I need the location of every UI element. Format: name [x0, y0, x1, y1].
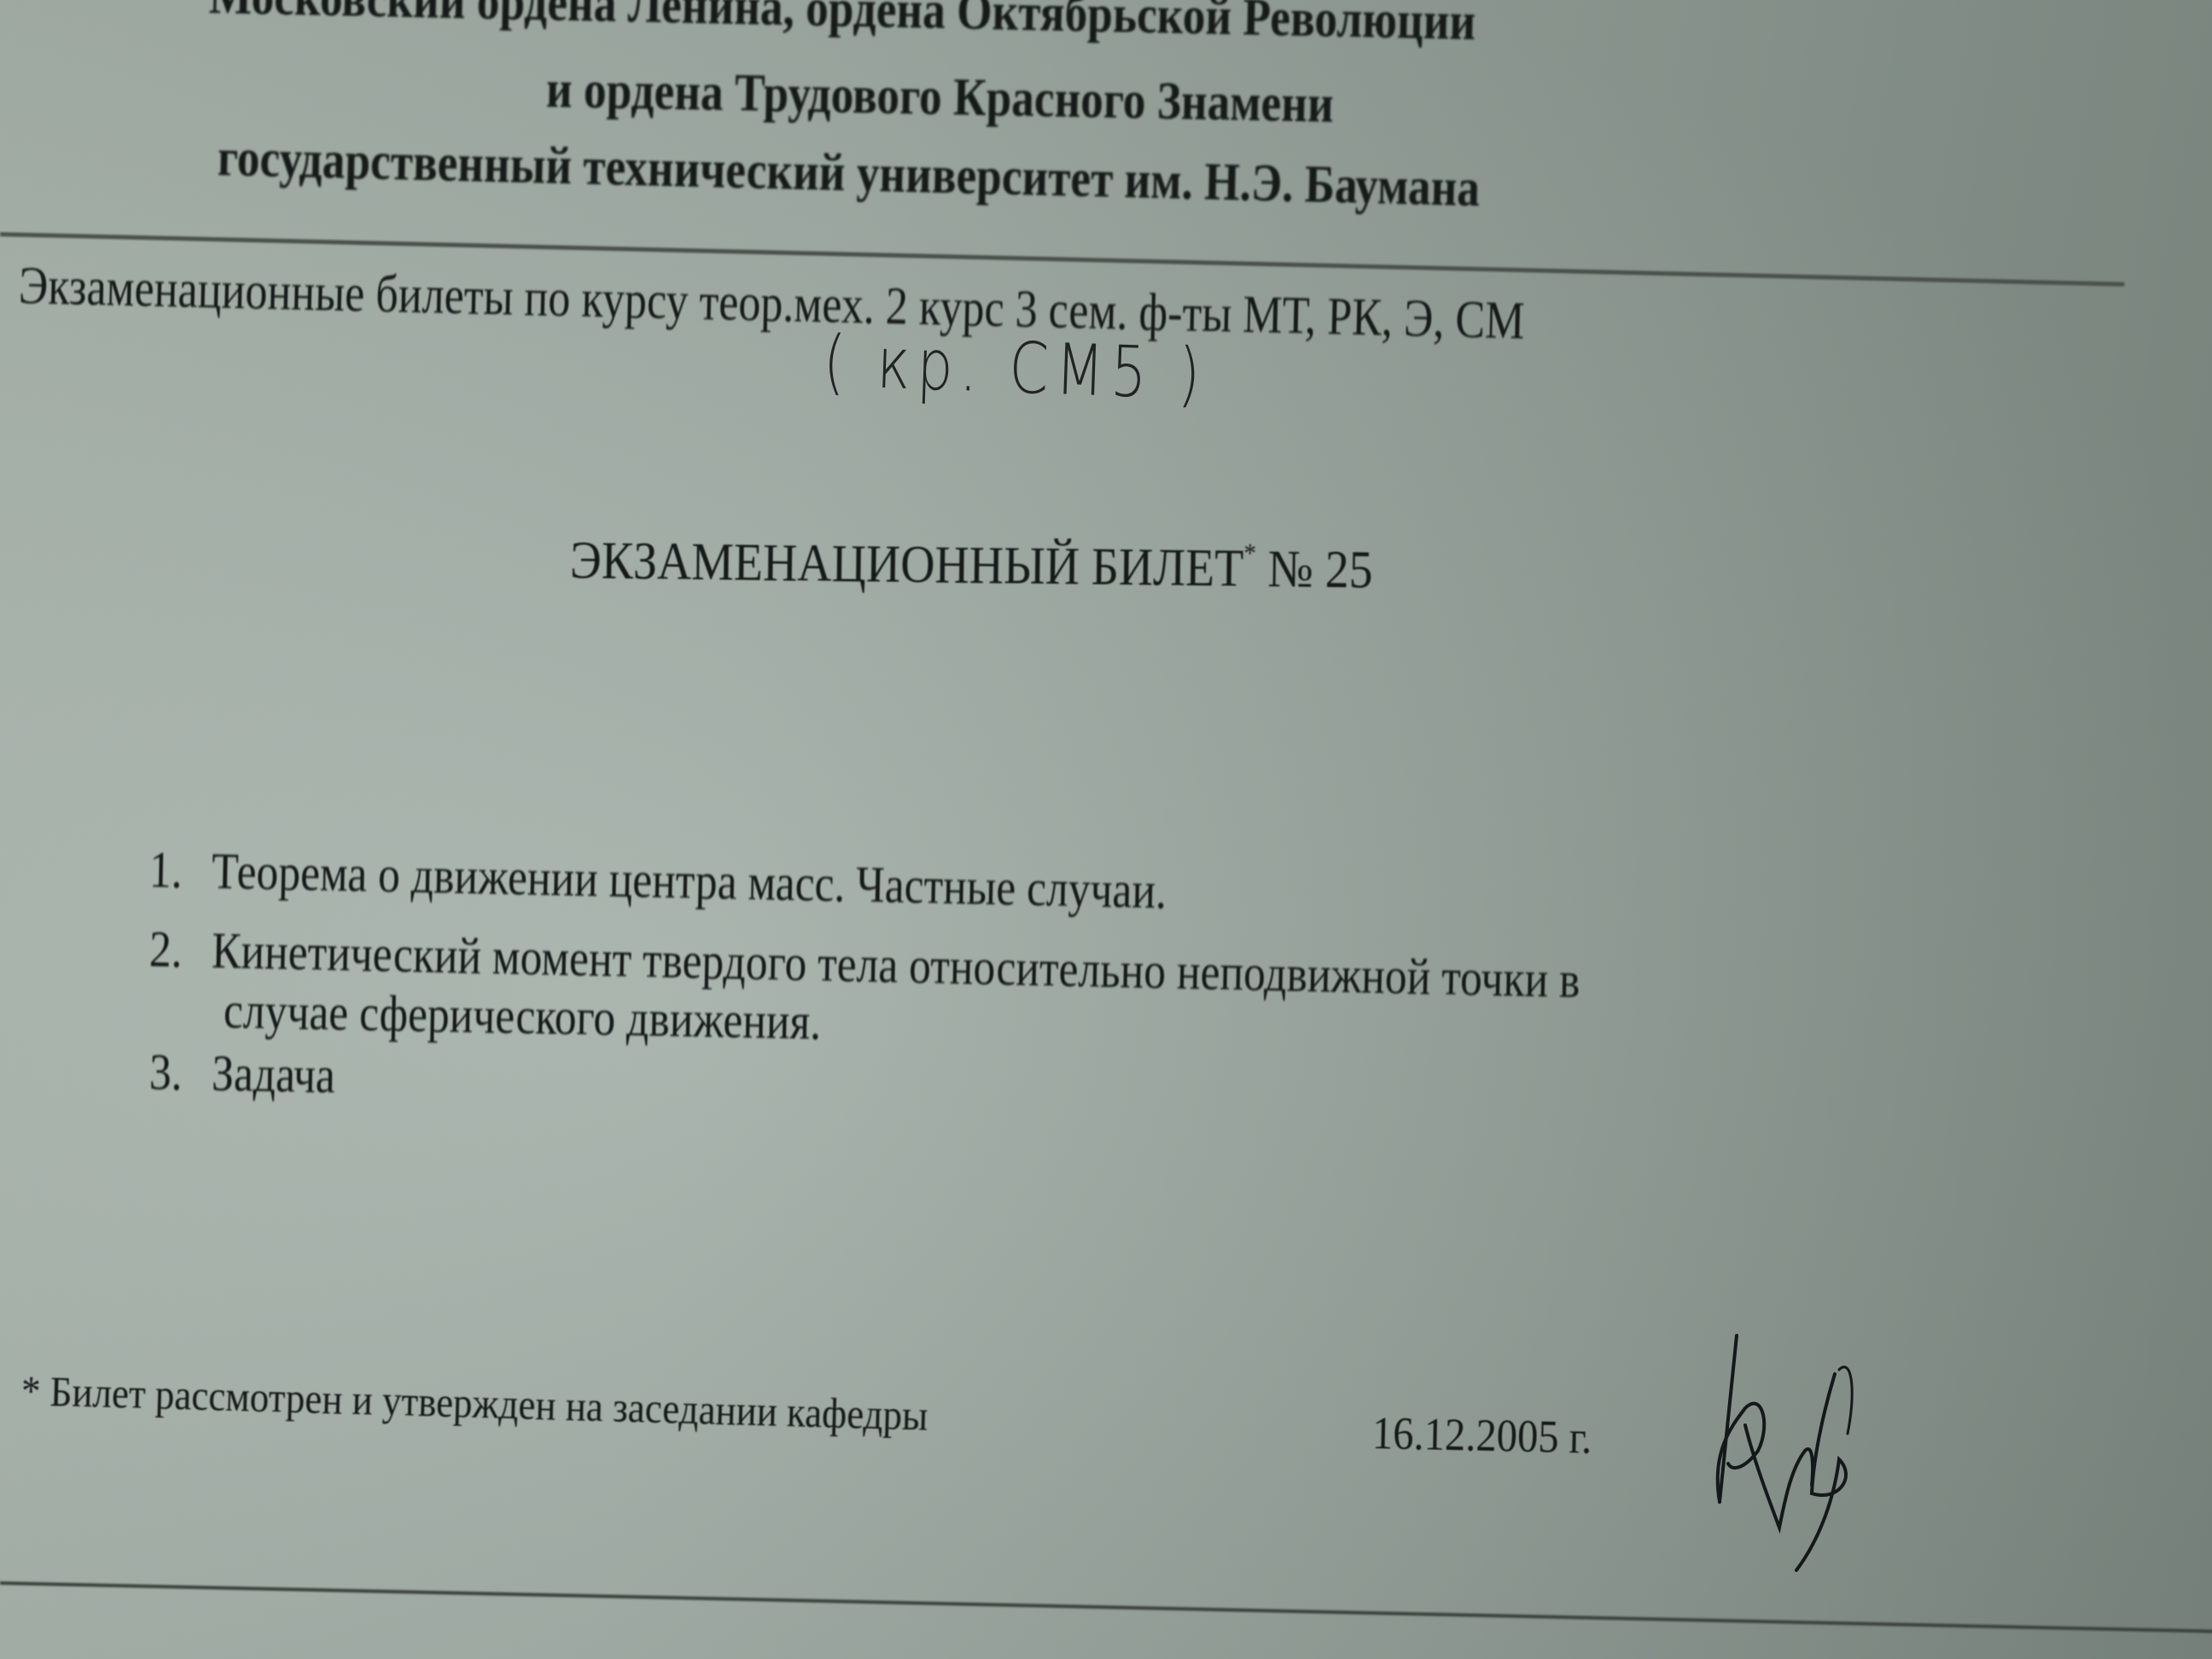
question-text: Задача — [211, 1045, 335, 1103]
question-2-continuation: случае сферического движения. — [223, 981, 821, 1051]
question-3: 3.Задача — [148, 1043, 335, 1105]
question-number: 3. — [148, 1043, 212, 1103]
question-text-continued: случае сферического движения. — [223, 982, 821, 1050]
question-number: 1. — [148, 841, 212, 901]
ticket-title-text: ЭКЗАМЕНАЦИОННЫЙ БИЛЕТ — [570, 532, 1244, 598]
handwritten-note: ( кр. СМ5 ) — [822, 320, 1208, 416]
question-text: Теорема о движении центра масс. Частные … — [211, 843, 1167, 919]
header-line-1: Московский ордена Ленина, ордена Октябрь… — [208, 0, 1476, 53]
approval-date: 16.12.2005 г. — [1371, 1406, 1592, 1464]
ticket-title: ЭКЗАМЕНАЦИОННЫЙ БИЛЕТ* № 25 — [570, 529, 1374, 601]
ticket-asterisk: * — [1243, 538, 1256, 568]
signature-icon — [1685, 1323, 1941, 1579]
ticket-number: № 25 — [1267, 540, 1373, 599]
header-line-2: и ордена Трудового Красного Знамени — [545, 60, 1334, 136]
question-number: 2. — [148, 920, 212, 981]
approval-footnote: * Билет рассмотрен и утвержден на заседа… — [20, 1365, 928, 1441]
bottom-edge-line — [0, 1581, 2212, 1633]
course-subtitle: Экзаменационные билеты по курсу теор.мех… — [18, 256, 1525, 352]
header-line-3: государственный технический университет … — [217, 128, 1481, 219]
question-1: 1.Теорема о движении центра масс. Частны… — [148, 841, 1167, 921]
